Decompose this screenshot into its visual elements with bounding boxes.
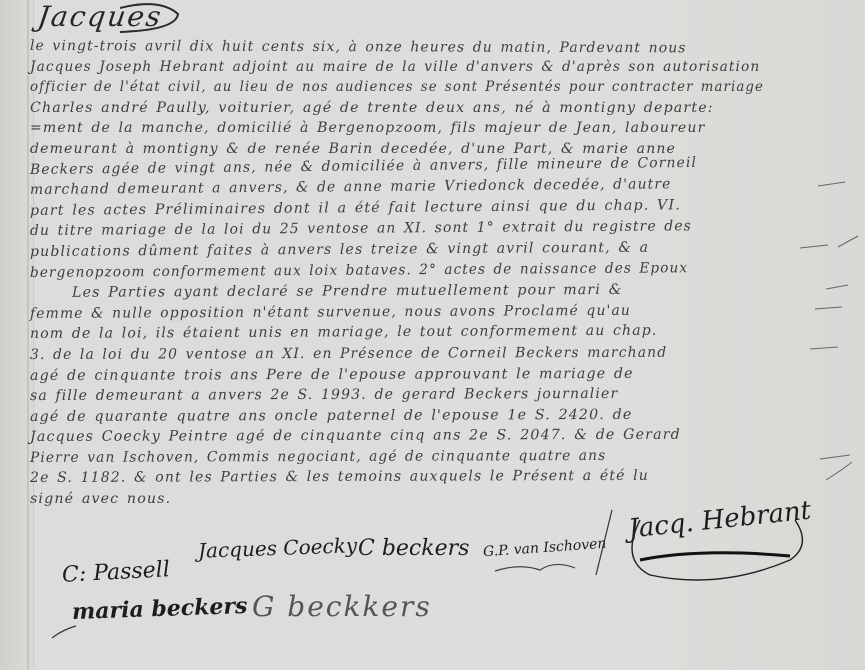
signature-passell: C: Passell	[61, 557, 170, 588]
signature-maria-beckers: maria beckers	[72, 593, 248, 625]
signature-corneil-beckers: C beckers	[358, 536, 469, 561]
scanned-document-page: Jacques le vingt-trois avril dix huit ce…	[0, 0, 865, 670]
signature-hebrant: Jacq. Hebrant	[627, 495, 813, 544]
signature-coecky: Jacques Coecky	[198, 533, 358, 563]
signature-gerard-beckers: G beckkers	[252, 590, 432, 623]
signature-van-ischoven: G.P. van Ischoven	[483, 536, 607, 561]
signature-block: C: Passell Jacques Coecky C beckers G.P.…	[0, 0, 865, 670]
